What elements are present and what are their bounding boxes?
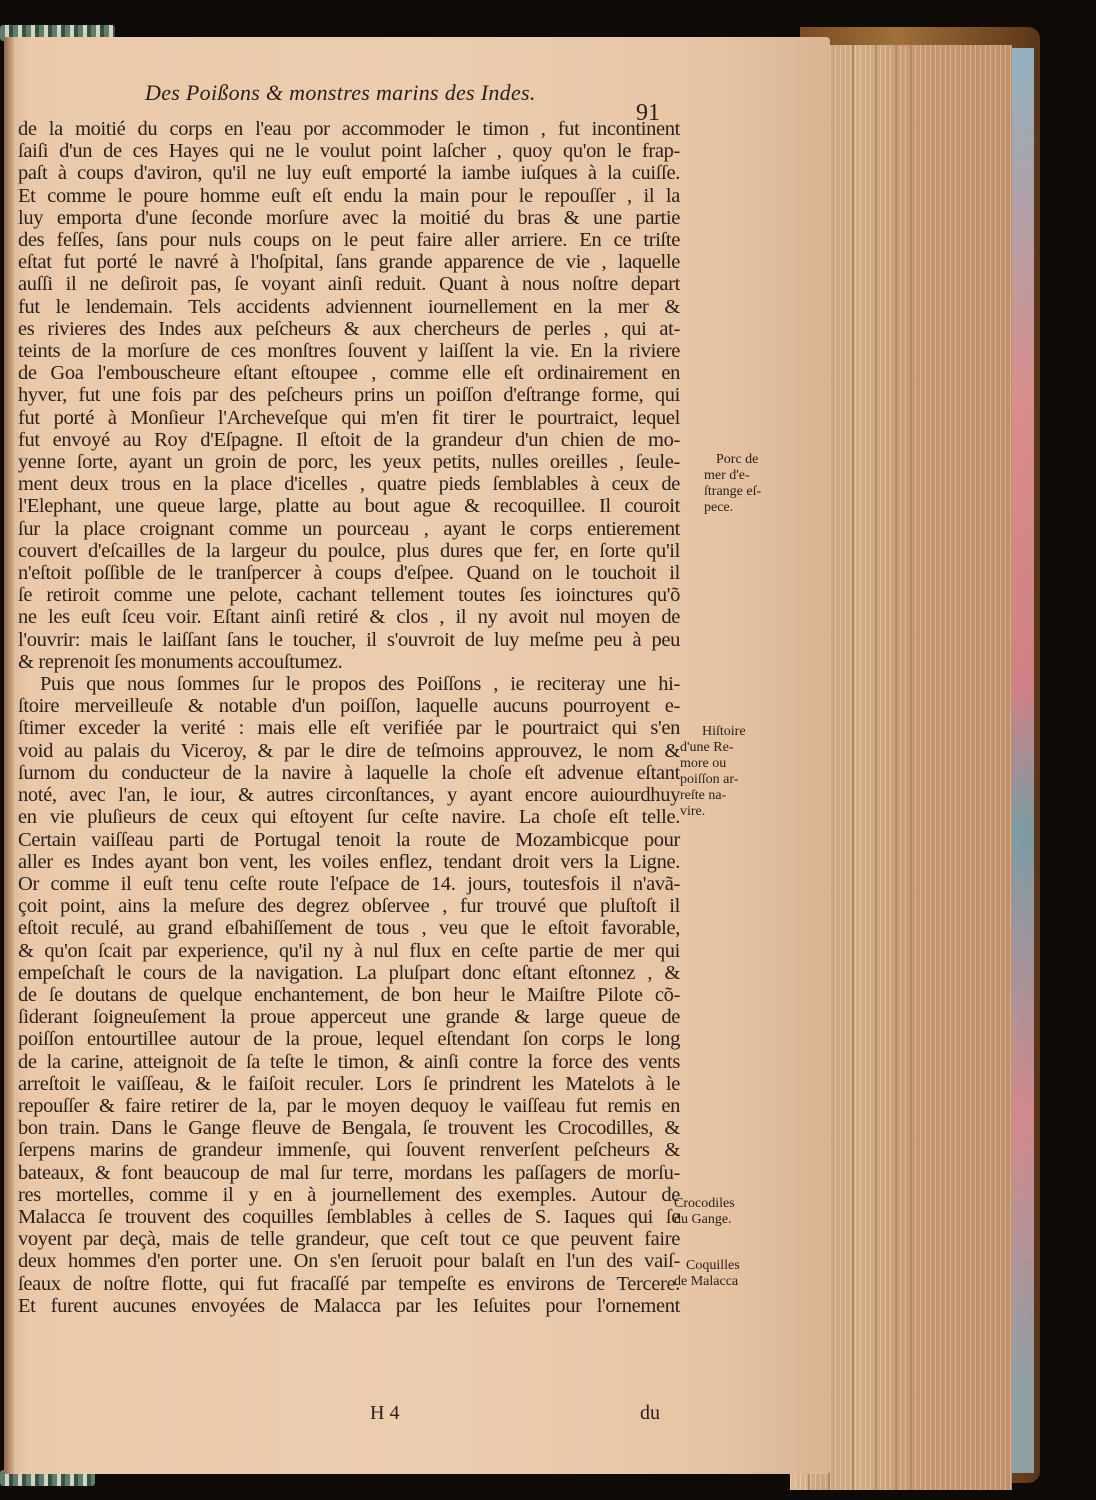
- text-line: couvert d'eſcailles de la largeur du pou…: [18, 540, 680, 562]
- text-line: noté, avec l'an, le iour, & autres circo…: [18, 784, 680, 806]
- text-line: paſt à coups d'aviron, qu'il ne luy euſt…: [18, 162, 680, 184]
- text-line: ſerpens marins de grandeur immenſe, qui …: [18, 1139, 680, 1161]
- text-line: voyent par deçà, mais de telle grandeur,…: [18, 1228, 680, 1250]
- text-line: ſtoire merveilleuſe & notable d'un poiſſ…: [18, 695, 680, 717]
- text-line: eſtat fut porté le navré à l'hoſpital, ſ…: [18, 251, 680, 273]
- catchword: du: [640, 1402, 660, 1425]
- text-line: es rivieres des Indes aux peſcheurs & au…: [18, 318, 680, 340]
- text-line: ſurnom du conducteur de la navire à laqu…: [18, 762, 680, 784]
- text-line: de la moitié du corps en l'eau por accom…: [18, 118, 680, 140]
- text-line: Et furent aucunes envoyées de Malacca pa…: [18, 1295, 680, 1317]
- text-line: & reprenoit ſes monuments accouſtumez.: [18, 651, 680, 673]
- text-line: en vie pluſieurs de ceux qui eſtoyent ſu…: [18, 806, 680, 828]
- text-line: ſe retiroit comme une pelote, cachant te…: [18, 584, 680, 606]
- text-line: bateaux, & font beaucoup de mal ſur terr…: [18, 1162, 680, 1184]
- text-line: Puis que nous ſommes ſur le propos des P…: [18, 673, 680, 695]
- margin-note-porc-de-mer: Porc de mer d'e- ſtrange eſ- pece.: [704, 452, 784, 516]
- text-line: eſtoit reculé, au grand eſbahiſſement de…: [18, 917, 680, 939]
- text-line: l'Elephant, une queue large, platte au b…: [18, 495, 680, 517]
- text-line: n'eſtoit poſſible de le tranſpercer à co…: [18, 562, 680, 584]
- running-head: Des Poißons & monstres marins des Indes.: [145, 80, 545, 106]
- text-line: çoit point, ains la meſure des degrez ob…: [18, 895, 680, 917]
- text-line: auſſi il ne deſiroit pas, ſe voyant ainſ…: [18, 273, 680, 295]
- text-line: arreſtoit le vaiſſeau, & le faiſoit recu…: [18, 1073, 680, 1095]
- text-line: Malacca ſe trouvent des coquilles ſembla…: [18, 1206, 680, 1228]
- text-line: ſur la place croignant comme un pourceau…: [18, 518, 680, 540]
- text-line: yenne ſorte, ayant un groin de porc, les…: [18, 451, 680, 473]
- text-line: deux hommes d'en porter une. On s'en ſer…: [18, 1250, 680, 1272]
- body-text: de la moitié du corps en l'eau por accom…: [18, 118, 680, 1317]
- text-line: empeſchaſt le cours de la navigation. La…: [18, 962, 680, 984]
- margin-note-crocodiles: Crocodiles du Gange.: [674, 1196, 754, 1228]
- margin-note-coquilles: Coquilles de Malacca: [674, 1258, 754, 1290]
- text-line: ſeaux de noſtre flotte, qui fut fracaſſé…: [18, 1273, 680, 1295]
- text-line: repouſſer & faire retirer de la, par le …: [18, 1095, 680, 1117]
- text-line: teints de la morſure de ces monſtres ſou…: [18, 340, 680, 362]
- text-line: ſtimer exceder la verité : mais elle eſt…: [18, 717, 680, 739]
- text-line: Or comme il euſt tenu ceſte route l'eſpa…: [18, 873, 680, 895]
- text-line: des feſſes, ſans pour nuls coups on le p…: [18, 229, 680, 251]
- text-line: ſaiſi d'un de ces Hayes qui ne le voulut…: [18, 140, 680, 162]
- text-line: & qu'on ſcait par experience, qu'il ny à…: [18, 940, 680, 962]
- text-line: ment deux trous en la place d'icelles , …: [18, 473, 680, 495]
- text-line: aller es Indes ayant bon vent, les voile…: [18, 851, 680, 873]
- text-line: fut le lendemain. Tels accidents advienn…: [18, 296, 680, 318]
- text-line: l'ouvrir: mais le laiſſant ſans le touch…: [18, 629, 680, 651]
- text-line: Certain vaiſſeau parti de Portugal tenoi…: [18, 829, 680, 851]
- text-line: fut envoyé au Roy d'Eſpagne. Il eſtoit d…: [18, 429, 680, 451]
- margin-note-remore: Hiſtoire d'une Re- more ou poiſſon ar- r…: [680, 724, 760, 820]
- text-line: poiſſon entourtillee autour de la proue,…: [18, 1028, 680, 1050]
- text-line: luy emporta d'une ſeconde morſure avec l…: [18, 207, 680, 229]
- text-line: de Goa l'embouscheure eſtant eſtoupee , …: [18, 362, 680, 384]
- text-line: res mortelles, comme il y en à journelle…: [18, 1184, 680, 1206]
- text-line: fut porté à Monſieur l'Archeveſque qui m…: [18, 407, 680, 429]
- text-line: Et comme le poure homme euſt eſt endu la…: [18, 185, 680, 207]
- text-line: de la carine, atteignoit de ſa teſte le …: [18, 1051, 680, 1073]
- text-line: hyver, fut une fois par des peſcheurs pr…: [18, 384, 680, 406]
- text-line: bon train. Dans le Gange fleuve de Benga…: [18, 1117, 680, 1139]
- page-gutter: [4, 37, 14, 1474]
- text-line: ne les euſt ſceu voir. Eſtant ainſi reti…: [18, 606, 680, 628]
- signature-mark: H 4: [370, 1402, 399, 1425]
- text-line: void au palais du Viceroy, & par le dire…: [18, 740, 680, 762]
- text-line: de ſe doutans de quelque enchantement, d…: [18, 984, 680, 1006]
- text-line: ſiderant ſoigneuſement la proue apperceu…: [18, 1006, 680, 1028]
